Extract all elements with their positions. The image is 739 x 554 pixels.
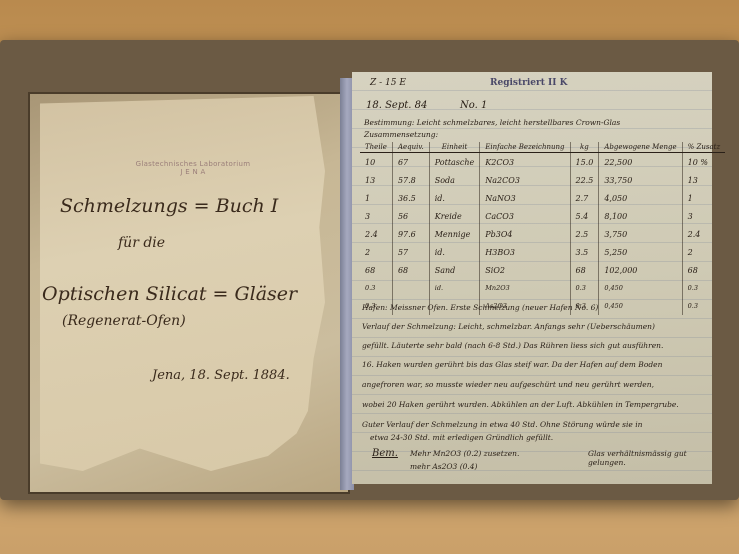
entry-number: No. 1: [460, 100, 487, 111]
top-note: Z - 15 E: [370, 78, 406, 88]
table-row: 356KreideCaCO35.48,1003: [360, 207, 725, 225]
composition-label: Zusammensetzung:: [364, 130, 438, 139]
table-row: 0.3id.Mn2O30.30,4500.3: [360, 279, 725, 297]
table-row: 257id.H3BO33.55,2502: [360, 243, 725, 261]
purpose-line: Bestimmung: Leicht schmelzbares, leicht …: [364, 118, 620, 127]
title-line-4: (Regenerat-Ofen): [62, 313, 186, 329]
notes-line-2: Verlauf der Schmelzung: Leicht, schmelzb…: [362, 322, 655, 331]
notes-line-3: gefüllt. Läuterte sehr bald (nach 6-8 St…: [362, 341, 663, 350]
register-stamp: Registriert II K: [490, 78, 567, 88]
remark-label: Bem.: [372, 448, 398, 459]
notes-line-7: Guter Verlauf der Schmelzung in etwa 40 …: [362, 420, 642, 429]
notes-line-6: wobei 20 Haken gerührt wurden. Abkühlen …: [362, 400, 679, 409]
remark-right: Glas verhältnismässig gut gelungen.: [588, 449, 718, 467]
notes-line-5: angefroren war, so musste wieder neu auf…: [362, 380, 654, 389]
notes-line-8: etwa 24-30 Std. mit erledigen Gründlich …: [370, 433, 553, 442]
lab-stamp: Glastechnisches Laboratorium J E N A: [88, 160, 298, 176]
title-line-2: für die: [118, 235, 165, 251]
table-row: 1357.8SodaNa2CO322.533,75013: [360, 171, 725, 189]
table-row: 1067PottascheK2CO315.022,50010 %: [360, 153, 725, 172]
title-line-3: Optischen Silicat = Gläser: [42, 283, 297, 305]
batch-table: Theile Aequiv. Einheit Einfache Bezeichn…: [360, 142, 725, 315]
table-row: 136.5id.NaNO32.74,0501: [360, 189, 725, 207]
entry-date: 18. Sept. 84: [366, 100, 427, 111]
title-date: Jena, 18. Sept. 1884.: [152, 368, 290, 383]
table-row: 6868SandSiO268102,00068: [360, 261, 725, 279]
title-line-1: Schmelzungs = Buch I: [60, 195, 278, 217]
table-row: 2.497.6MennigePb3O42.53,7502.4: [360, 225, 725, 243]
remark-line-2: mehr As2O3 (0.4): [410, 462, 477, 471]
notes-line-4: 16. Haken wurden gerührt bis das Glas st…: [362, 360, 662, 369]
table-header-row: Theile Aequiv. Einheit Einfache Bezeichn…: [360, 142, 725, 153]
notes-line-1: Hafen: Meissner Ofen. Erste Schmelzung (…: [362, 303, 598, 312]
remark-line-1: Mehr Mn2O3 (0.2) zusetzen.: [410, 449, 519, 458]
